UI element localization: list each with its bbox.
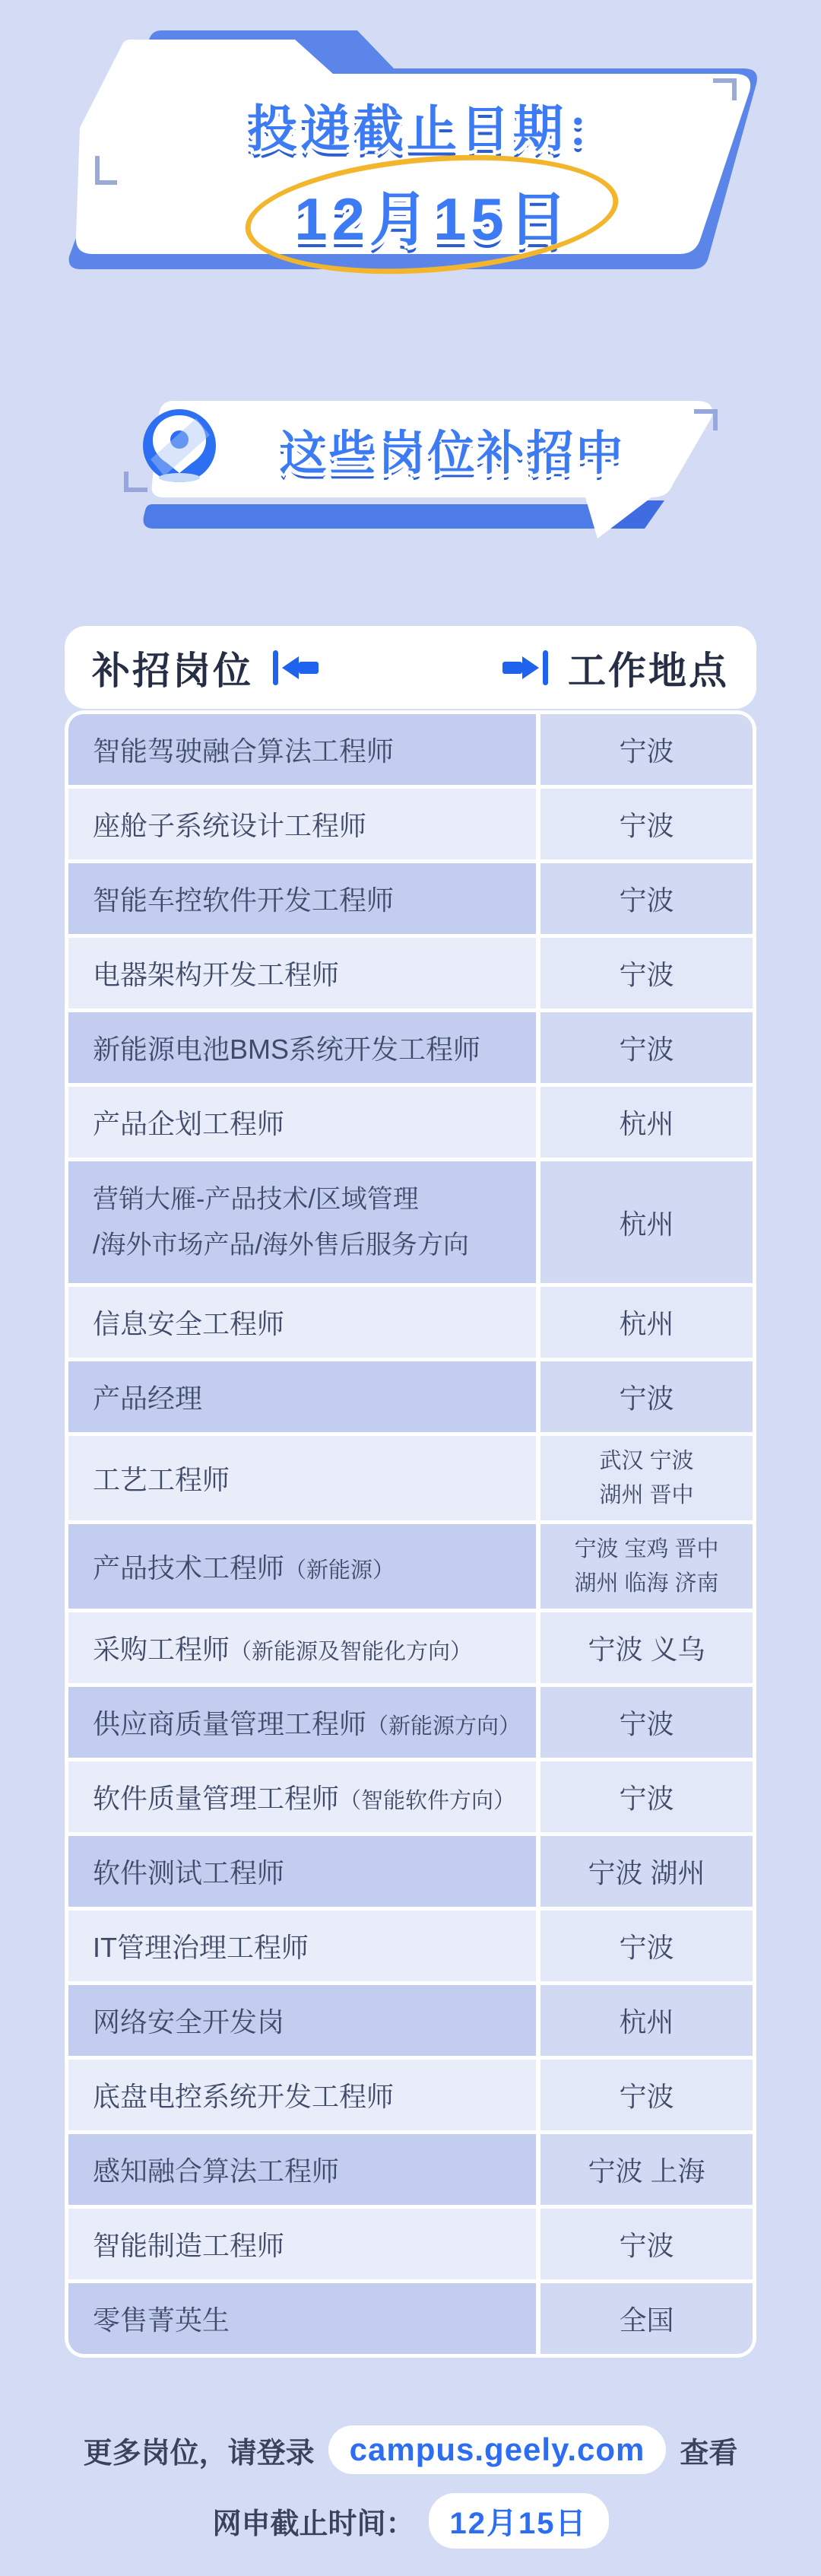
location-value: 宁波 (619, 879, 674, 918)
job-title: 产品技术工程师 (93, 1552, 284, 1583)
jobs-column-header: 补招岗位 (92, 640, 253, 695)
table-row: 软件测试工程师宁波 湖州 (68, 1836, 753, 1907)
location-value: 杭州 (619, 1303, 674, 1342)
location-value-line2: 湖州 晋中 (599, 1479, 693, 1513)
location-cell: 宁波 (540, 863, 753, 934)
location-cell: 宁波 (540, 2209, 753, 2279)
more-jobs-suffix: 查看 (680, 2429, 737, 2471)
location-column-header: 工作地点 (568, 640, 729, 695)
poster-page: 投递截止日期： 12月15日 这些岗位补招中 补招岗位 (0, 0, 821, 2576)
table-row: 软件质量管理工程师（智能软件方向）宁波 (68, 1761, 753, 1832)
location-value: 杭州 (619, 2001, 674, 2040)
location-value: 宁波 (619, 954, 674, 993)
campus-site-link[interactable]: campus.geely.com (328, 2425, 667, 2474)
job-title: 软件质量管理工程师 (93, 1783, 339, 1814)
location-pin-icon (143, 409, 216, 482)
table-row: 座舱子系统设计工程师宁波 (68, 789, 753, 859)
table-row: 感知融合算法工程师宁波 上海 (68, 2134, 753, 2205)
location-cell: 宁波 (540, 1361, 753, 1432)
table-row: 新能源电池BMS系统开发工程师宁波 (68, 1012, 753, 1083)
job-cell: 电器架构开发工程师 (68, 938, 536, 1008)
jobs-table: 智能驾驶融合算法工程师宁波座舱子系统设计工程师宁波智能车控软件开发工程师宁波电器… (65, 710, 756, 2358)
table-row: 产品经理宁波 (68, 1361, 753, 1432)
table-row: 电器架构开发工程师宁波 (68, 938, 753, 1008)
job-cell: 信息安全工程师 (68, 1287, 536, 1358)
table-row: 信息安全工程师杭州 (68, 1287, 753, 1358)
job-cell: 产品经理 (68, 1361, 536, 1432)
job-note: （智能软件方向） (339, 1789, 515, 1813)
job-title: 感知融合算法工程师 (93, 2155, 339, 2187)
job-cell: 产品企划工程师 (68, 1087, 536, 1158)
job-cell: 营销大雁-产品技术/区域管理/海外市场产品/海外售后服务方向 (68, 1161, 536, 1283)
job-cell: 感知融合算法工程师 (68, 2134, 536, 2205)
location-cell: 宁波 (540, 938, 753, 1008)
job-title: 智能车控软件开发工程师 (93, 885, 394, 916)
location-cell: 武汉 宁波湖州 晋中 (540, 1436, 753, 1520)
table-row: 供应商质量管理工程师（新能源方向）宁波 (68, 1687, 753, 1758)
location-cell: 宁波 (540, 714, 753, 785)
job-title: 电器架构开发工程师 (93, 959, 339, 990)
table-row: 智能车控软件开发工程师宁波 (68, 863, 753, 934)
job-title: IT管理治理工程师 (93, 1932, 309, 1963)
more-jobs-prefix: 更多岗位，请登录 (84, 2429, 315, 2471)
location-cell: 宁波 (540, 1911, 753, 1981)
job-note: （新能源方向） (366, 1714, 521, 1739)
badge-title: 这些岗位补招中 (228, 403, 677, 494)
table-row: 底盘电控系统开发工程师宁波 (68, 2060, 753, 2130)
location-cell: 宁波 (540, 1687, 753, 1758)
location-cell: 宁波 上海 (540, 2134, 753, 2205)
location-value: 宁波 (619, 1926, 674, 1965)
deadline-line: 网申截止时间： 12月15日 (0, 2496, 821, 2545)
job-cell: 采购工程师（新能源及智能化方向） (68, 1612, 536, 1683)
job-cell: IT管理治理工程师 (68, 1911, 536, 1981)
location-value: 宁波 (619, 2225, 674, 2263)
job-title-line2: /海外市场产品/海外售后服务方向 (93, 1222, 469, 1268)
table-header: 补招岗位 工作地点 (65, 626, 756, 709)
job-cell: 网络安全开发岗 (68, 1985, 536, 2056)
deadline-title: 投递截止日期： (106, 88, 760, 160)
table-row: 工艺工程师武汉 宁波湖州 晋中 (68, 1436, 753, 1520)
badge-bar-shape (144, 504, 631, 529)
job-title: 供应商质量管理工程师 (93, 1708, 366, 1739)
location-value: 宁波 上海 (588, 2150, 705, 2189)
table-row: 产品企划工程师杭州 (68, 1087, 753, 1158)
location-cell: 杭州 (540, 1287, 753, 1358)
location-value: 宁波 (619, 2076, 674, 2114)
deadline-date: 12月15日 (106, 172, 760, 257)
location-cell: 宁波 义乌 (540, 1612, 753, 1683)
location-cell: 宁波 (540, 2060, 753, 2130)
job-cell: 新能源电池BMS系统开发工程师 (68, 1012, 536, 1083)
job-title: 产品企划工程师 (93, 1108, 284, 1139)
location-value: 武汉 宁波 (599, 1444, 693, 1479)
location-value: 宁波 (619, 1028, 674, 1067)
job-title: 软件测试工程师 (93, 1857, 284, 1888)
location-value: 宁波 (619, 1377, 674, 1416)
job-cell: 座舱子系统设计工程师 (68, 789, 536, 859)
job-cell: 软件测试工程师 (68, 1836, 536, 1907)
location-cell: 宁波 湖州 (540, 1836, 753, 1907)
location-cell: 宁波 宝鸡 晋中湖州 临海 济南 (540, 1524, 753, 1609)
table-row: IT管理治理工程师宁波 (68, 1911, 753, 1981)
location-value: 宁波 湖州 (588, 1852, 705, 1891)
location-cell: 宁波 (540, 1761, 753, 1832)
job-title: 智能制造工程师 (93, 2230, 284, 2261)
jobs-table-body: 智能驾驶融合算法工程师宁波座舱子系统设计工程师宁波智能车控软件开发工程师宁波电器… (68, 714, 753, 2354)
job-title: 底盘电控系统开发工程师 (93, 2081, 394, 2112)
table-row: 产品技术工程师（新能源）宁波 宝鸡 晋中湖州 临海 济南 (68, 1524, 753, 1609)
job-cell: 智能驾驶融合算法工程师 (68, 714, 536, 785)
deadline-value: 12月15日 (450, 2499, 588, 2543)
location-cell: 全国 (540, 2283, 753, 2354)
job-cell: 供应商质量管理工程师（新能源方向） (68, 1687, 536, 1758)
location-value: 宁波 宝鸡 晋中 (574, 1533, 718, 1567)
job-cell: 产品技术工程师（新能源） (68, 1524, 536, 1609)
location-value: 杭州 (619, 1103, 674, 1142)
table-row: 智能驾驶融合算法工程师宁波 (68, 714, 753, 785)
arrow-to-right-bar-icon (502, 650, 548, 685)
more-jobs-line: 更多岗位，请登录 campus.geely.com 查看 (0, 2425, 821, 2475)
location-value: 宁波 (619, 1703, 674, 1742)
job-cell: 软件质量管理工程师（智能软件方向） (68, 1761, 536, 1832)
job-title: 座舱子系统设计工程师 (93, 810, 366, 841)
job-title: 信息安全工程师 (93, 1308, 284, 1339)
job-cell: 智能车控软件开发工程师 (68, 863, 536, 934)
location-value: 杭州 (619, 1203, 674, 1242)
location-value: 宁波 (619, 805, 674, 843)
job-title: 网络安全开发岗 (93, 2006, 284, 2038)
table-row: 智能制造工程师宁波 (68, 2209, 753, 2279)
table-row: 采购工程师（新能源及智能化方向）宁波 义乌 (68, 1612, 753, 1683)
table-row: 零售菁英生全国 (68, 2283, 753, 2354)
job-note: （新能源） (284, 1558, 395, 1583)
location-value: 宁波 义乌 (588, 1628, 705, 1667)
job-title: 工艺工程师 (93, 1464, 230, 1495)
location-header-group: 工作地点 (502, 640, 729, 695)
job-cell: 工艺工程师 (68, 1436, 536, 1520)
table-row: 营销大雁-产品技术/区域管理/海外市场产品/海外售后服务方向杭州 (68, 1161, 753, 1283)
deadline-pill: 12月15日 (429, 2493, 609, 2549)
location-cell: 宁波 (540, 1012, 753, 1083)
campus-site-url[interactable]: campus.geely.com (350, 2431, 645, 2468)
deadline-label: 网申截止时间： (213, 2500, 415, 2542)
job-title: 营销大雁-产品技术/区域管理 (93, 1185, 419, 1214)
job-title: 产品经理 (93, 1383, 202, 1414)
table-row: 网络安全开发岗杭州 (68, 1985, 753, 2056)
job-title: 新能源电池BMS系统开发工程师 (93, 1034, 480, 1065)
job-title: 智能驾驶融合算法工程师 (93, 735, 394, 767)
location-value-line2: 湖州 临海 济南 (574, 1567, 718, 1601)
job-title: 零售菁英生 (93, 2304, 230, 2336)
job-cell: 智能制造工程师 (68, 2209, 536, 2279)
location-value: 全国 (619, 2299, 674, 2338)
corner-bracket-icon (126, 472, 147, 490)
jobs-header-group: 补招岗位 (92, 640, 319, 695)
location-value: 宁波 (619, 730, 674, 769)
job-cell: 零售菁英生 (68, 2283, 536, 2354)
location-cell: 杭州 (540, 1161, 753, 1283)
location-cell: 宁波 (540, 789, 753, 859)
location-value: 宁波 (619, 1777, 674, 1816)
job-cell: 底盘电控系统开发工程师 (68, 2060, 536, 2130)
location-cell: 杭州 (540, 1087, 753, 1158)
job-title: 采购工程师 (93, 1634, 230, 1665)
location-cell: 杭州 (540, 1985, 753, 2056)
arrow-to-left-bar-icon (273, 650, 319, 685)
job-note: （新能源及智能化方向） (230, 1640, 472, 1664)
